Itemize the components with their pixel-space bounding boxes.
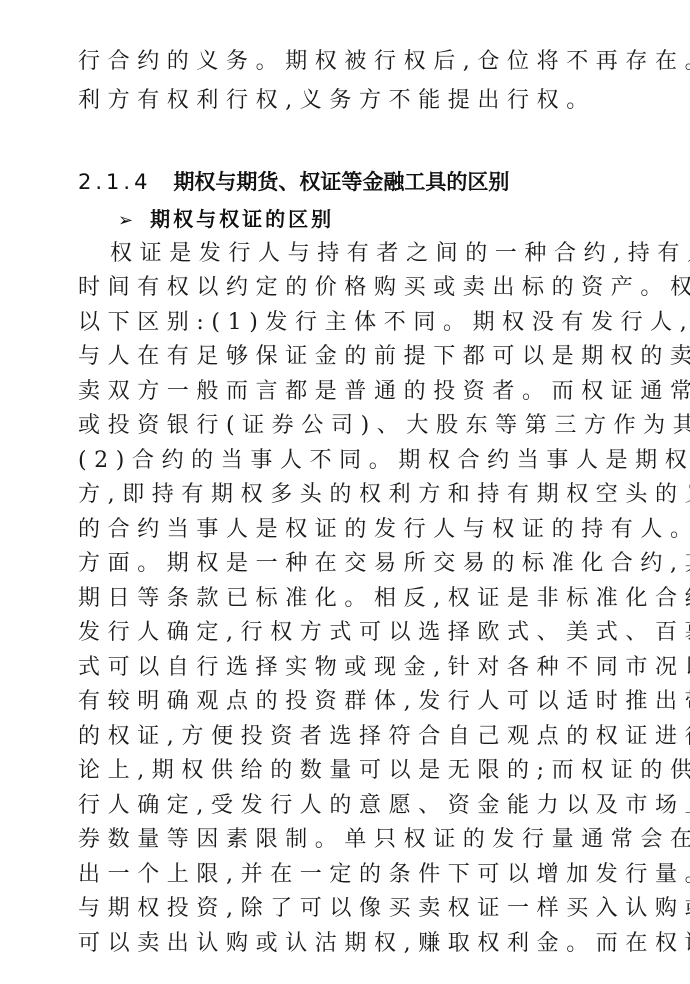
arrow-bullet-icon: ➢ xyxy=(118,204,136,238)
body-line: 或投资银行(证券公司)、大股东等第三方作为其发行人的。 xyxy=(78,409,618,443)
body-line: 时间有权以约定的价格购买或卖出标的资产。权证与期权存在 xyxy=(78,271,618,305)
body-line: 与期权投资,除了可以像买卖权证一样买入认购或认沽期权,还 xyxy=(78,892,618,926)
body-line: 行人确定,受发行人的意愿、资金能力以及市场上流通的标的证 xyxy=(78,789,618,823)
body-line: 式可以自行选择实物或现金,针对各种不同市况以及针对一些 xyxy=(78,651,618,685)
body-line: 的合约当事人是权证的发行人与权证的持有人。(3)合约特点 xyxy=(78,513,618,547)
body-line: 发行人确定,行权方式可以选择欧式、美式、百慕大式等,交割方 xyxy=(78,616,618,650)
body-line: 的权证,方便投资者选择符合自己观点的权证进行投资。(4)理 xyxy=(78,720,618,754)
body-line: 方,即持有期权多头的权利方和持有期权空头的义务方,而权证 xyxy=(78,478,618,512)
body-line: 以下区别:(1)发行主体不同。期权没有发行人,每一位市场参 xyxy=(78,306,618,340)
body-line: 可以卖出认购或认沽期权,赚取权利金。而在权证市场,只有发 xyxy=(78,927,618,961)
body-line: 出一个上限,并在一定的条件下可以增加发行量。(5)投资者参 xyxy=(78,858,618,892)
body-line: 卖双方一般而言都是普通的投资者。而权证通常是由上市公司 xyxy=(78,375,618,409)
intro-line: 利方有权利行权,义务方不能提出行权。 xyxy=(78,84,618,118)
body-line: 券数量等因素限制。单只权证的发行量通常会在发行文件中给 xyxy=(78,823,618,857)
section-number: 2.1.4 xyxy=(78,170,151,194)
body-line: 与人在有足够保证金的前提下都可以是期权的卖方,期权的买 xyxy=(78,340,618,374)
section-heading: 2.1.4期权与期货、权证等金融工具的区别 xyxy=(78,165,509,199)
body-line: 权证是发行人与持有者之间的一种合约,持有人在约定的 xyxy=(110,237,618,271)
document-page: 行合约的义务。期权被行权后,仓位将不再存在。只有期权权 利方有权利行权,义务方不… xyxy=(0,0,690,984)
intro-line: 行合约的义务。期权被行权后,仓位将不再存在。只有期权权 xyxy=(78,45,618,79)
subsection-heading: ➢期权与权证的区别 xyxy=(118,202,334,236)
section-title: 期权与期货、权证等金融工具的区别 xyxy=(173,170,509,194)
body-line: (2)合约的当事人不同。期权合约当事人是期权交易的买卖双 xyxy=(78,444,618,478)
body-line: 方面。期权是一种在交易所交易的标准化合约,其行权价格、到 xyxy=(78,547,618,581)
body-line: 期日等条款已标准化。相反,权证是非标准化合约,合约要素由 xyxy=(78,582,618,616)
body-line: 有较明确观点的投资群体,发行人可以适时推出带有特殊结构 xyxy=(78,685,618,719)
body-line: 论上,期权供给的数量可以是无限的;而权证的供给有限,由发 xyxy=(78,754,618,788)
subsection-title: 期权与权证的区别 xyxy=(150,207,334,231)
